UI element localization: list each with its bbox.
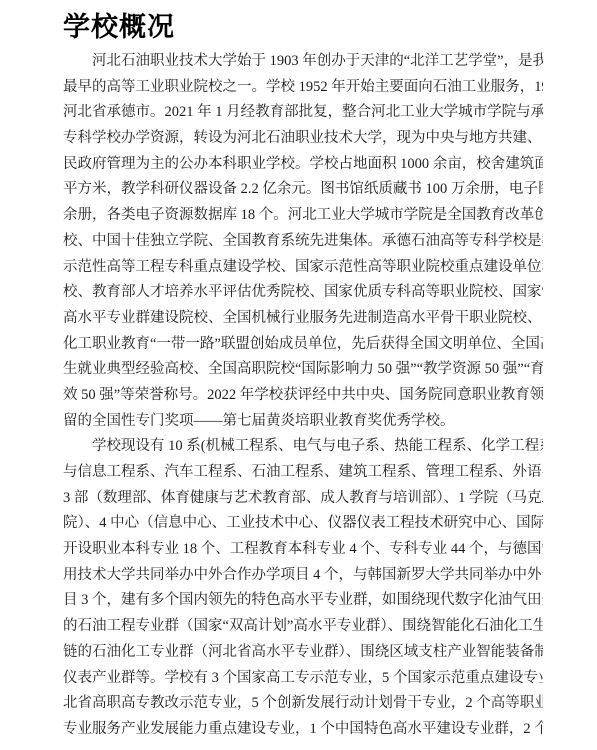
document-page: 学校概况 河北石油职业技术大学始于 1903 年创办于天津的“北洋工艺学堂”，是… [0, 0, 597, 750]
text-line: 北省高职高专教改示范专业，5 个创新发展行动计划骨干专业，2 个高等职业学校提升 [63, 691, 543, 717]
text-line: 学校现设有 10 系(机械工程系、电气与电子系、热能工程系、化学工程系、计算机 [63, 434, 543, 460]
text-line: 院）、4 中心（信息中心、工业技术中心、仪器仪表工程技术研究中心、国际交流中心）… [63, 511, 543, 537]
text-line: 目 3 个，建有多个国内领先的特色高水平专业群，如围绕现代数字化油气田生产产业链 [63, 588, 543, 614]
paragraph-overview: 河北石油职业技术大学始于 1903 年创办于天津的“北洋工艺学堂”，是我国兴办最… [63, 49, 543, 434]
text-line: 河北石油职业技术大学始于 1903 年创办于天津的“北洋工艺学堂”，是我国兴办 [63, 49, 543, 75]
text-line: 效 50 强”等荣誉称号。2022 年学校获评经中共中央、国务院同意职业教育领域… [63, 383, 543, 409]
text-line: 与信息工程系、汽车工程系、石油工程系、建筑工程系、管理工程系、外语与旅游系)、 [63, 460, 543, 486]
text-line: 生就业典型经验高校、全国高职院校“国际影响力 50 强”“教学资源 50 强”“… [63, 357, 543, 383]
text-line: 专科学校办学资源，转设为河北石油职业技术大学，现为中央与地方共建、以河北省人 [63, 126, 543, 152]
text-line: 仪表产业群等。学校有 3 个国家高工专示范专业，5 个国家示范重点建设专业，5 … [63, 666, 543, 692]
text-line: 链的石油化工专业群（河北省高水平专业群）、围绕区域支柱产业智能装备制造的仪器 [63, 640, 543, 666]
text-line: 校、中国十佳独立学院、全国教育系统先进集体。承德石油高等专科学校是教育部全国 [63, 229, 543, 255]
text-line: 高水平专业群建设院校、全国机械行业服务先进制造高水平骨干职业院校、中国石油和 [63, 306, 543, 332]
text-line: 平方米，教学科研仪器设备 2.2 亿余元。图书馆纸质藏书 100 万余册，电子图… [63, 177, 543, 203]
text-line: 余册，各类电子资源数据库 18 个。河北工业大学城市学院是全国教育改革创新示范院 [63, 203, 543, 229]
text-line: 的石油工程专业群（国家“双高计划”高水平专业群）、围绕智能化石油化工生产产业 [63, 614, 543, 640]
text-line: 校、教育部人才培养水平评估优秀院校、国家优质专科高等职业院校、国家“双高计划” [63, 280, 543, 306]
paragraph-departments: 学校现设有 10 系(机械工程系、电气与电子系、热能工程系、化学工程系、计算机与… [63, 434, 543, 742]
text-line: 河北省承德市。2021 年 1 月经教育部批复，整合河北工业大学城市学院与承德石… [63, 100, 543, 126]
text-line: 民政府管理为主的公办本科职业学校。学校占地面积 1000 余亩，校舍建筑面积 3… [63, 152, 543, 178]
document-body: 河北石油职业技术大学始于 1903 年创办于天津的“北洋工艺学堂”，是我国兴办最… [63, 49, 543, 743]
text-line: 专业服务产业发展能力重点建设专业，1 个中国特色高水平建设专业群，2 个河北省特 [63, 717, 543, 743]
text-line: 化工职业教育“一带一路”联盟创始成员单位，先后获得全国文明单位、全国高校毕业 [63, 332, 543, 358]
text-line: 留的全国性专门奖项——第七届黄炎培职业教育奖优秀学校。 [63, 409, 543, 435]
text-line: 开设职业本科专业 18 个、工程教育本科专业 4 个、专科专业 44 个，与德国… [63, 537, 543, 563]
text-line: 最早的高等工业职业院校之一。学校 1952 年开始主要面向石油工业服务，1958… [63, 75, 543, 101]
text-line: 用技术大学共同举办中外合作办学项目 4 个，与韩国新罗大学共同举办中外合作办学项 [63, 563, 543, 589]
text-line: 示范性高等工程专科重点建设学校、国家示范性高等职业院校重点建设单位和优秀院 [63, 255, 543, 281]
page-title: 学校概况 [63, 10, 543, 45]
text-line: 3 部（数理部、体育健康与艺术教育部、成人教育与培训部）、1 学院（马克思主义学 [63, 486, 543, 512]
